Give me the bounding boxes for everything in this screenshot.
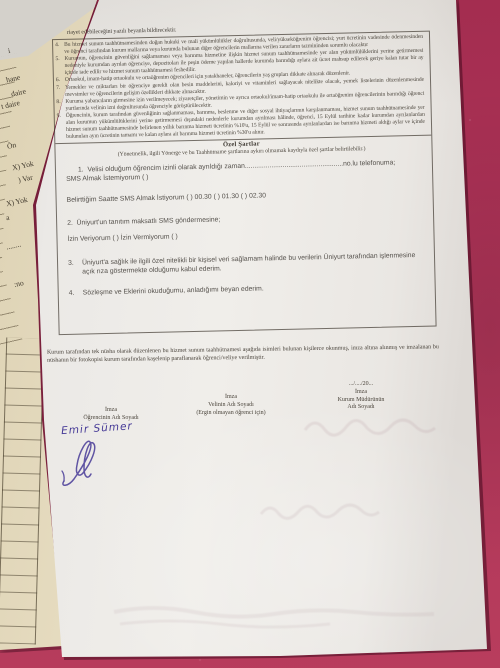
terms-box: 4. Bu hizmet sunum taahhütnamesinden doğ… — [52, 31, 437, 335]
bleed-through-marks — [255, 492, 405, 528]
terms-section: riayet edebileceğini yazılı beyanla bild… — [0, 0, 499, 1]
clause-number: 4. — [55, 42, 64, 56]
clause-3-tail: riayet edebileceğini yazılı beyanla bild… — [67, 27, 177, 35]
document-content: riayet edebileceğini yazılı beyanla bild… — [0, 0, 500, 668]
item-number: 1. — [78, 166, 84, 173]
item-text: Üniyurt'un tanıtım maksatlı SMS gönderme… — [77, 216, 221, 226]
item-text: Üniyurt'a sağlık ile ilgili özel nitelik… — [82, 251, 426, 277]
bleed-through-marks — [110, 596, 440, 630]
signature-role: Kurum Müdürünün — [315, 397, 407, 405]
signature-label: İmza — [56, 407, 166, 415]
special-item-2: 2. Üniyurt'un tanıtım maksatlı SMS gönde… — [67, 212, 427, 227]
signature-note: (Ergin olmayan öğrenci için) — [175, 410, 287, 418]
item-number: 2. — [67, 220, 73, 227]
item-number: 4. — [69, 289, 83, 296]
photo-of-document: { "left_page": { "fragments": ["i", "han… — [0, 0, 500, 668]
date-line: .../..../20... — [315, 381, 407, 389]
clause-number: 5. — [55, 56, 64, 77]
signature-label: İmza — [315, 389, 407, 397]
signature-guardian: İmza Velinin Adı Soyadı (Ergin olmayan ö… — [175, 394, 287, 417]
clause-number: 7. — [56, 84, 65, 98]
single-copy-note: Kurum tarafından tek nüsha olarak düzenl… — [47, 344, 439, 365]
signature-role: Velinin Adı Soyadı — [175, 402, 287, 410]
item-number: 3. — [68, 258, 82, 276]
special-item-4: 4.Sözleşme ve Eklerini okuduğumu, anladı… — [69, 282, 429, 297]
sms-time-options: Belirttiğim Saatte SMS Almak İstiyorum (… — [67, 189, 427, 204]
bleed-through-marks — [300, 405, 460, 445]
permission-options: İzin Veriyorum ( ) İzin Vermiyorum ( ) — [67, 228, 427, 243]
signature-label: İmza — [175, 394, 287, 402]
clause-number: 8. — [56, 99, 65, 113]
item-text: Sözleşme ve Eklerini okuduğumu, anladığı… — [83, 285, 264, 296]
handwritten-signature-scribble — [60, 435, 116, 489]
special-item-3: 3.Üniyurt'a sağlık ile ilgili özel nitel… — [68, 251, 426, 277]
